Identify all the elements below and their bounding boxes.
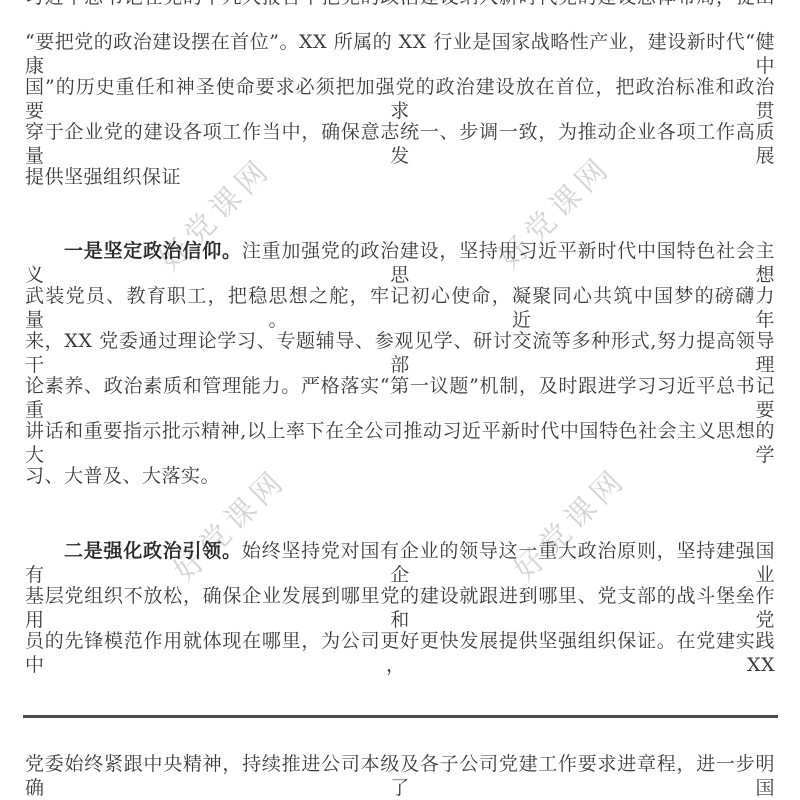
text-line-rest: “要把党的政治建设摆在首位”。XX 所属的 XX 行业是国家战略性产业，建设新时… [25, 31, 775, 77]
text-line: 穿于企业党的建设各项工作当中，确保意志统一、步调一致，为推动企业各项工作高质量发… [25, 120, 775, 168]
text-line: 讲话和重要指示批示精神,以上率下在全公司推动习近平新时代中国特色社会主义思想的大… [25, 419, 775, 467]
text-line-rest: 讲话和重要指示批示精神,以上率下在全公司推动习近平新时代中国特色社会主义思想的大… [25, 420, 775, 466]
text-line-rest: 习近平总书记在党的十九大报告中把党的政治建设纳入新时代党的建设总体布局，提出 [25, 0, 775, 8]
text-line: 国”的历史重任和神圣使命要求必须把加强党的政治建设放在首位，把政治标准和政治要求… [25, 75, 775, 123]
page-break-line [23, 715, 778, 718]
text-line-rest: 来，XX 党委通过理论学习、专题辅导、参观见学、研讨交流等多种形式,努力提高领导… [25, 330, 775, 376]
text-line: 习、大普及、大落实。 [25, 464, 775, 488]
text-line-heading-1: 一是坚定政治信仰。注重加强党的政治建设，坚持用习近平新时代中国特色社会主义思想 [25, 239, 775, 287]
text-line: 来，XX 党委通过理论学习、专题辅导、参观见学、研讨交流等多种形式,努力提高领导… [25, 329, 775, 377]
text-line: “要把党的政治建设摆在首位”。XX 所属的 XX 行业是国家战略性产业，建设新时… [25, 30, 775, 78]
text-line: 提供坚强组织保证 [25, 165, 775, 189]
text-line-rest: 习、大普及、大落实。 [25, 465, 220, 487]
bold-lead: 一是坚定政治信仰。 [64, 240, 242, 262]
text-line-rest: 论素养、政治素质和管理能力。严格落实“第一议题”机制，及时跟进学习习近平总书记重… [25, 375, 775, 421]
text-line-rest: 提供坚强组织保证 [25, 166, 181, 188]
text-line-rest: 国”的历史重任和神圣使命要求必须把加强党的政治建设放在首位，把政治标准和政治要求… [25, 76, 775, 122]
text-line-rest: 基层党组织不放松，确保企业发展到哪里党的建设就跟进到哪里、党支部的战斗堡垒作用和… [25, 585, 775, 631]
bold-lead: 二是强化政治引领。 [64, 540, 242, 562]
document-page: 好党课网 好党课网 好党课网 好党课网 习近平总书记在党的十九大报告中把党的政治… [0, 0, 800, 800]
text-line: 基层党组织不放松，确保企业发展到哪里党的建设就跟进到哪里、党支部的战斗堡垒作用和… [25, 584, 775, 632]
text-line: 党委始终紧跟中央精神，持续推进公司本级及各子公司党建工作要求进章程，进一步明确了… [25, 752, 775, 800]
text-line-rest: 员的先锋模范作用就体现在哪里，为公司更好更快发展提供坚强组织保证。在党建实践中，… [25, 630, 775, 676]
text-line-cutoff: 习近平总书记在党的十九大报告中把党的政治建设纳入新时代党的建设总体布局，提出 [25, 0, 775, 9]
text-line-rest: 武装党员、教育职工，把稳思想之舵，牢记初心使命，凝聚同心共筑中国梦的磅礴力量。近… [25, 285, 775, 331]
text-line: 论素养、政治素质和管理能力。严格落实“第一议题”机制，及时跟进学习习近平总书记重… [25, 374, 775, 422]
text-line: 员的先锋模范作用就体现在哪里，为公司更好更快发展提供坚强组织保证。在党建实践中，… [25, 629, 775, 677]
text-line-rest: 穿于企业党的建设各项工作当中，确保意志统一、步调一致，为推动企业各项工作高质量发… [25, 121, 775, 167]
text-line: 武装党员、教育职工，把稳思想之舵，牢记初心使命，凝聚同心共筑中国梦的磅礴力量。近… [25, 284, 775, 332]
text-line-heading-2: 二是强化政治引领。始终坚持党对国有企业的领导这一重大政治原则，坚持建强国有企业 [25, 539, 775, 587]
text-line-rest: 党委始终紧跟中央精神，持续推进公司本级及各子公司党建工作要求进章程，进一步明确了… [25, 753, 775, 799]
